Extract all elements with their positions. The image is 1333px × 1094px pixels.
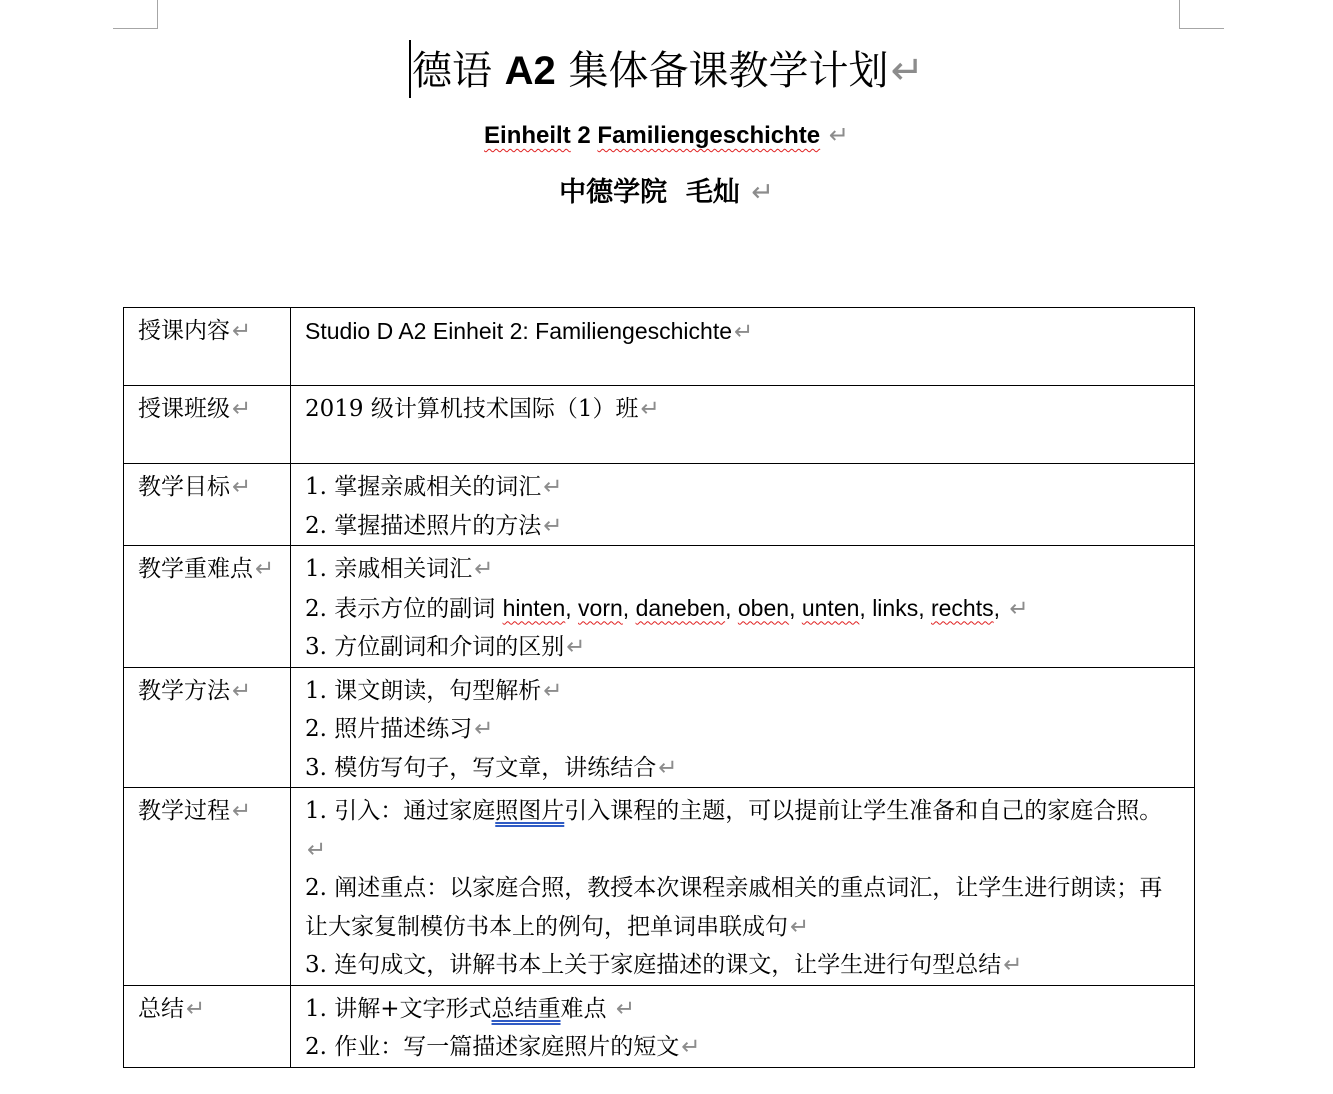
row-content-cell[interactable]: 2019 级计算机技术国际（1）班↵: [291, 386, 1195, 464]
paragraph-mark-icon: ↵: [474, 716, 493, 742]
paragraph-mark-icon: ↵: [232, 798, 251, 824]
document-subtitle[interactable]: Einheilt 2 Familiengeschichte ↵: [0, 118, 1333, 153]
misspelled-word[interactable]: vorn: [578, 595, 623, 621]
paragraph-mark-icon: ↵: [734, 319, 753, 345]
document-author[interactable]: 中德学院 毛灿 ↵: [0, 174, 1333, 212]
misspelled-word[interactable]: Einheilt: [484, 122, 571, 149]
paragraph-mark-icon: ↵: [232, 678, 251, 704]
table-row: 教学方法↵ 1. 课文朗读，句型解析↵ 2. 照片描述练习↵ 3. 模仿写句子，…: [124, 667, 1195, 788]
table-row: 教学目标↵ 1. 掌握亲戚相关的词汇↵ 2. 掌握描述照片的方法↵: [124, 464, 1195, 546]
row-content-cell[interactable]: 1. 讲解+文字形式总结重难点 ↵ 2. 作业：写一篇描述家庭照片的短文↵: [291, 985, 1195, 1067]
page-margin-corner-top-right: [1179, 0, 1224, 29]
paragraph-mark-icon: ↵: [474, 556, 493, 582]
misspelled-word[interactable]: rechts: [931, 595, 994, 621]
paragraph-mark-icon: ↵: [681, 1034, 700, 1060]
grammar-flagged-text[interactable]: 照图片: [495, 798, 564, 824]
paragraph-mark-icon: ↵: [640, 396, 659, 422]
paragraph-mark-icon: ↵: [232, 474, 251, 500]
row-label-cell[interactable]: 教学重难点↵: [124, 546, 291, 668]
paragraph-mark-icon: ↵: [829, 121, 849, 149]
paragraph-mark-icon: ↵: [186, 996, 205, 1022]
paragraph-mark-icon: ↵: [1009, 596, 1028, 622]
paragraph-mark-icon: ↵: [307, 837, 326, 863]
table-row: 教学过程↵ 1. 引入：通过家庭照图片引入课程的主题，可以提前让学生准备和自己的…: [124, 788, 1195, 986]
row-label-cell[interactable]: 教学方法↵: [124, 667, 291, 788]
text-cursor: [409, 40, 411, 98]
paragraph-mark-icon: ↵: [232, 396, 251, 422]
lesson-plan-table: 授课内容↵ Studio D A2 Einheit 2: Familienges…: [123, 307, 1195, 1068]
paragraph-mark-icon: ↵: [751, 177, 774, 208]
paragraph-mark-icon: ↵: [543, 474, 562, 500]
misspelled-word[interactable]: oben: [738, 595, 789, 621]
table-row: 教学重难点↵ 1. 亲戚相关词汇↵ 2. 表示方位的副词 hinten, vor…: [124, 546, 1195, 668]
row-label-cell[interactable]: 授课班级↵: [124, 386, 291, 464]
paragraph-mark-icon: ↵: [790, 914, 809, 940]
row-content-cell[interactable]: 1. 课文朗读，句型解析↵ 2. 照片描述练习↵ 3. 模仿写句子，写文章，讲练…: [291, 667, 1195, 788]
misspelled-word[interactable]: daneben: [636, 595, 726, 621]
table-row: 授课班级↵ 2019 级计算机技术国际（1）班↵: [124, 386, 1195, 464]
paragraph-mark-icon: ↵: [543, 513, 562, 539]
row-content-cell[interactable]: Studio D A2 Einheit 2: Familiengeschicht…: [291, 308, 1195, 386]
row-label-cell[interactable]: 教学目标↵: [124, 464, 291, 546]
document-title[interactable]: 德语 A2 集体备课教学计划↵: [0, 40, 1333, 99]
table-row: 总结↵ 1. 讲解+文字形式总结重难点 ↵ 2. 作业：写一篇描述家庭照片的短文…: [124, 985, 1195, 1067]
misspelled-word[interactable]: unten: [802, 595, 860, 621]
page-margin-corner-top-left: [113, 0, 158, 29]
paragraph-mark-icon: ↵: [616, 996, 635, 1022]
row-label-cell[interactable]: 总结↵: [124, 985, 291, 1067]
row-label-cell[interactable]: 授课内容↵: [124, 308, 291, 386]
paragraph-mark-icon: ↵: [891, 48, 925, 94]
paragraph-mark-icon: ↵: [232, 318, 251, 344]
row-content-cell[interactable]: 1. 亲戚相关词汇↵ 2. 表示方位的副词 hinten, vorn, dane…: [291, 546, 1195, 668]
table-row: 授课内容↵ Studio D A2 Einheit 2: Familienges…: [124, 308, 1195, 386]
paragraph-mark-icon: ↵: [255, 556, 274, 582]
paragraph-mark-icon: ↵: [543, 678, 562, 704]
row-content-cell[interactable]: 1. 引入：通过家庭照图片引入课程的主题，可以提前让学生准备和自己的家庭合照。 …: [291, 788, 1195, 986]
paragraph-mark-icon: ↵: [566, 634, 585, 660]
row-content-cell[interactable]: 1. 掌握亲戚相关的词汇↵ 2. 掌握描述照片的方法↵: [291, 464, 1195, 546]
grammar-flagged-text[interactable]: 总结重: [492, 996, 561, 1022]
paragraph-mark-icon: ↵: [658, 755, 677, 781]
misspelled-word[interactable]: Familiengeschichte: [597, 122, 820, 149]
row-label-cell[interactable]: 教学过程↵: [124, 788, 291, 986]
paragraph-mark-icon: ↵: [1003, 952, 1022, 978]
misspelled-word[interactable]: hinten: [503, 595, 566, 621]
